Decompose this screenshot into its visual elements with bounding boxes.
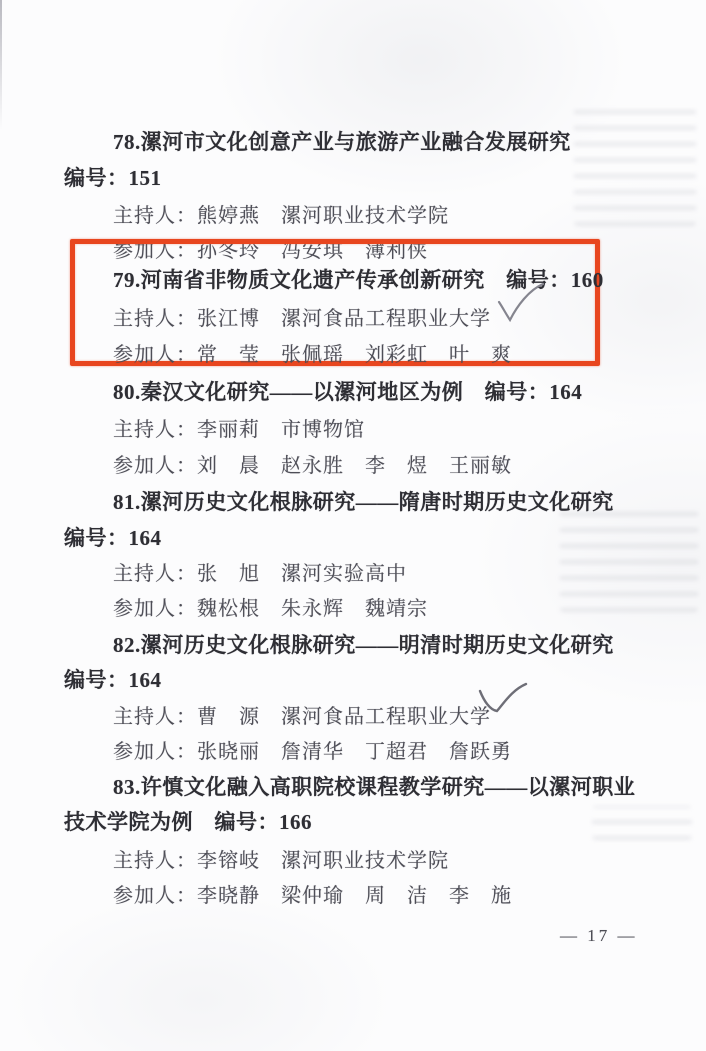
project-item-title: 82.漯河历史文化根脉研究——明清时期历史文化研究 <box>113 629 614 659</box>
scanned-document-page: 78.漯河市文化创意产业与旅游产业融合发展研究 编号：151 主持人：熊婷燕 漯… <box>0 0 706 1051</box>
handwritten-checkmark-icon <box>476 680 532 722</box>
project-leader: 主持人：熊婷燕 漯河职业技术学院 <box>113 199 449 228</box>
project-participants: 参加人：魏松根 朱永辉 魏靖宗 <box>113 592 428 621</box>
project-code: 编号：164 <box>64 522 162 552</box>
project-item-title: 81.漯河历史文化根脉研究——隋唐时期历史文化研究 <box>113 486 614 516</box>
bleed-through-artifact <box>574 108 696 226</box>
project-leader: 主持人：李镕岐 漯河职业技术学院 <box>113 844 449 873</box>
project-participants: 参加人：张晓丽 詹清华 丁超君 詹跃勇 <box>113 735 512 764</box>
handwritten-checkmark-icon <box>495 281 547 325</box>
project-leader: 主持人：曹 源 漯河食品工程职业大学 <box>113 700 491 729</box>
project-leader: 主持人：张江博 漯河食品工程职业大学 <box>113 302 491 331</box>
project-item-title-wrap: 技术学院为例 编号：166 <box>64 806 312 836</box>
bleed-through-artifact <box>560 508 698 612</box>
page-number: — 17 — <box>560 926 638 946</box>
project-item-title: 80.秦汉文化研究——以漯河地区为例 编号：164 <box>113 376 582 406</box>
project-participants: 参加人：常 莹 张佩瑶 刘彩虹 叶 爽 <box>113 338 512 367</box>
bleed-through-artifact <box>592 806 692 840</box>
scan-edge-line <box>0 0 2 130</box>
project-leader: 主持人：李丽莉 市博物馆 <box>113 413 365 442</box>
project-leader: 主持人：张 旭 漯河实验高中 <box>113 557 407 586</box>
project-code: 编号：151 <box>64 162 162 192</box>
project-participants: 参加人：李晓静 梁仲瑜 周 洁 李 施 <box>113 879 512 908</box>
project-participants: 参加人：刘 晨 赵永胜 李 煜 王丽敏 <box>113 449 512 478</box>
project-item-title: 83.许慎文化融入高职院校课程教学研究——以漯河职业 <box>113 771 635 801</box>
project-item-title: 78.漯河市文化创意产业与旅游产业融合发展研究 <box>113 126 571 156</box>
project-code: 编号：164 <box>64 664 162 694</box>
